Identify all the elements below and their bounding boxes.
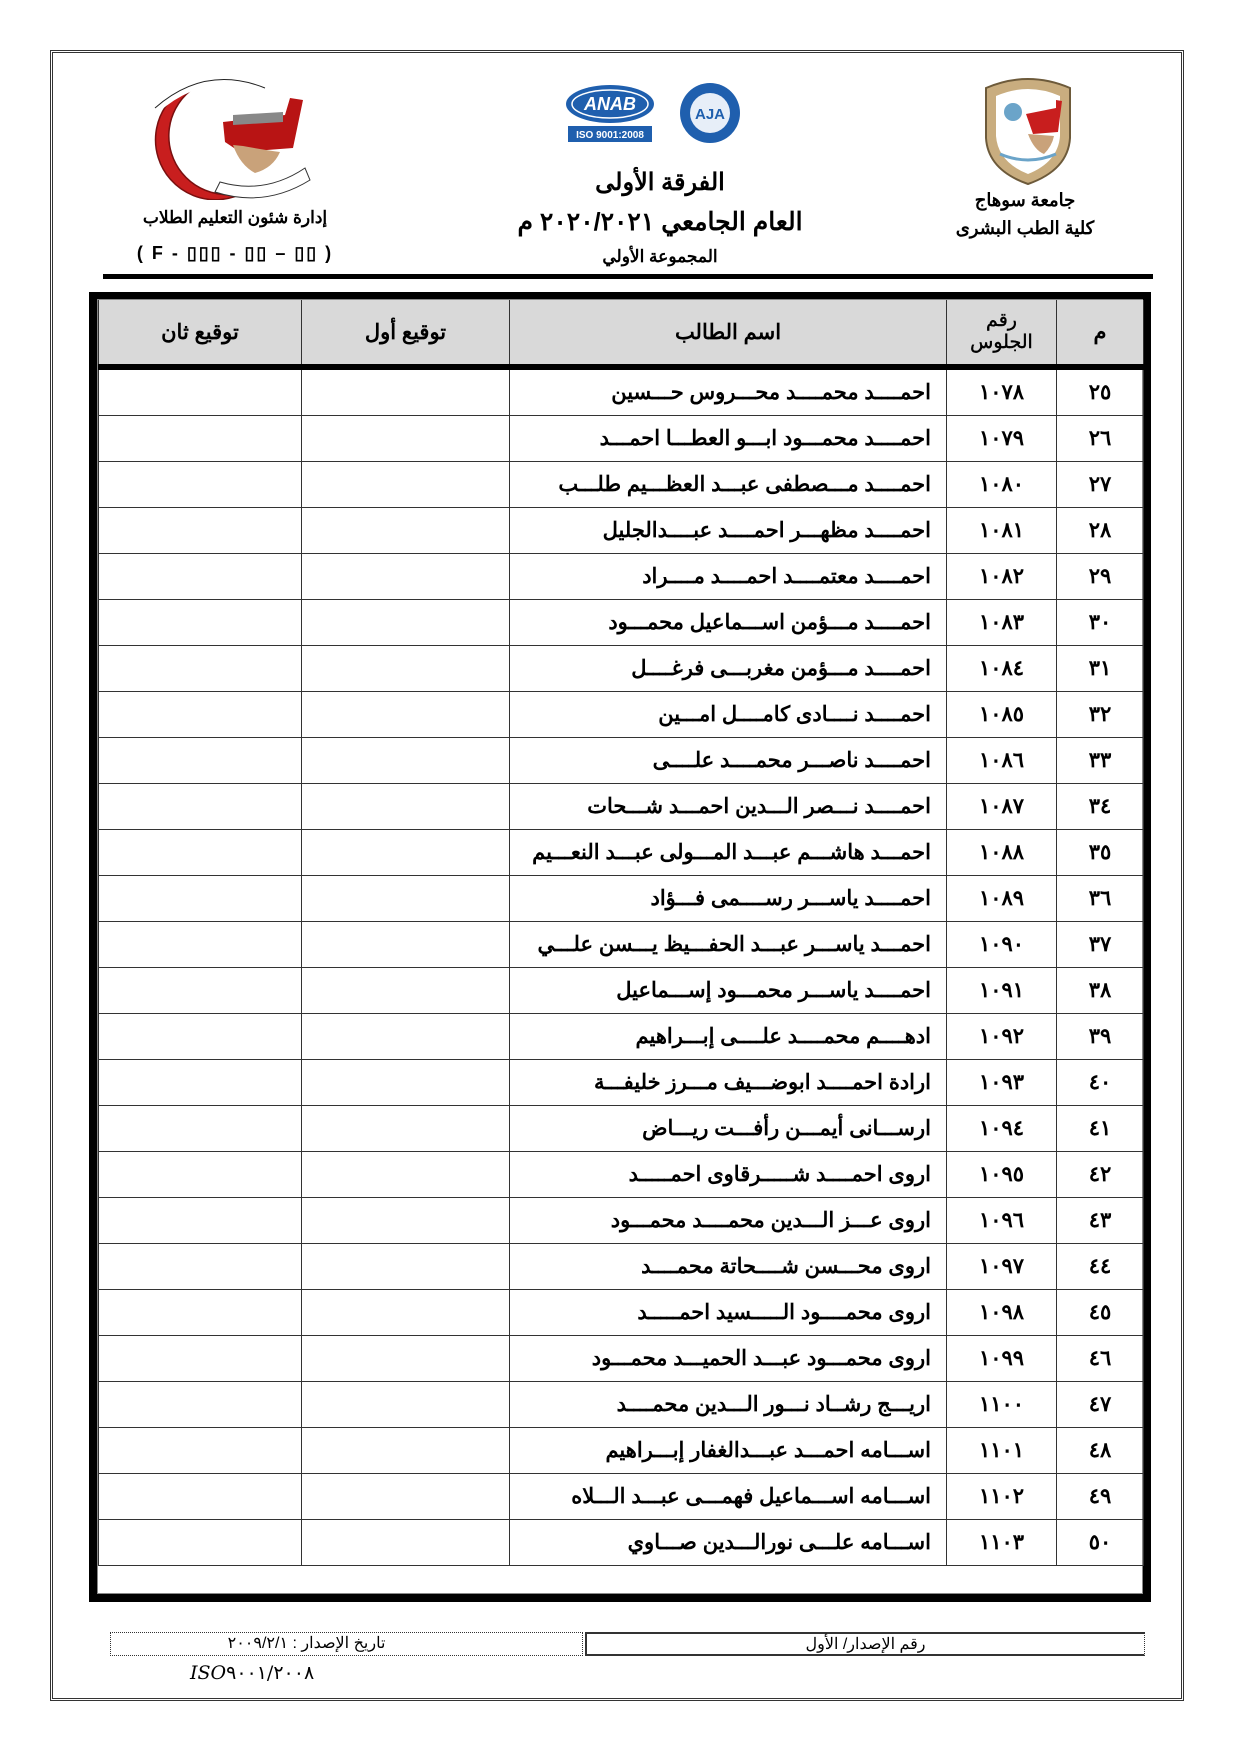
table-row: ٤٣١٠٩٦اروى عـــز الـــدين محمــــد محمــ… [99,1198,1144,1244]
seat-number: ١٠٨٩ [947,876,1057,922]
second-signature-cell[interactable] [99,830,302,876]
first-signature-cell[interactable] [302,1152,510,1198]
table-row: ٢٦١٠٧٩احمــــد محمـــود ابـــو العطـــا … [99,416,1144,462]
seat-header-line2: الجلوس [947,332,1056,354]
first-signature-cell[interactable] [302,968,510,1014]
row-index: ٤٧ [1057,1382,1144,1428]
first-signature-cell[interactable] [302,1106,510,1152]
seat-number: ١٠٨٦ [947,738,1057,784]
row-index: ٣٩ [1057,1014,1144,1060]
second-signature-cell[interactable] [99,1060,302,1106]
iso-value: ٩٠٠١/٢٠٠٨ [226,1662,314,1684]
roster-table-frame: م رقم الجلوس اسم الطالب توقيع أول توقيع … [89,292,1151,1602]
anab-logo-icon: ANAB ISO 9001:2008 [566,85,654,142]
row-index: ٤٣ [1057,1198,1144,1244]
table-row: ٣١١٠٨٤احمــــد مـــؤمن مغربـــى فرغــــل [99,646,1144,692]
second-signature-cell[interactable] [99,1014,302,1060]
row-index: ٣٣ [1057,738,1144,784]
student-name: احمــــد مـــؤمن اســـماعيل محمـــود [510,600,947,646]
student-name: احمــــد محمــــد محـــروس حـــسين [510,367,947,416]
row-index: ٢٧ [1057,462,1144,508]
first-signature-cell[interactable] [302,1244,510,1290]
first-signature-cell[interactable] [302,830,510,876]
student-name: احمــــد مـــصطفى عبـــد العظـــيم طلـــ… [510,462,947,508]
first-signature-cell[interactable] [302,416,510,462]
seat-number: ١٠٧٨ [947,367,1057,416]
student-name: احمــــد ياســـر رســــمى فـــؤاد [510,876,947,922]
seat-number: ١٠٩٤ [947,1106,1057,1152]
row-index: ٤٨ [1057,1428,1144,1474]
second-signature-cell[interactable] [99,1520,302,1566]
second-signature-cell[interactable] [99,1428,302,1474]
second-signature-cell[interactable] [99,1382,302,1428]
second-signature-cell[interactable] [99,968,302,1014]
issue-number-text: رقم الإصدار/ الأول [805,1636,925,1653]
first-signature-cell[interactable] [302,600,510,646]
student-name: احمــــد مظهـــر احمــــد عبــــدالجليل [510,508,947,554]
seat-number: ١٠٩٠ [947,922,1057,968]
first-signature-cell[interactable] [302,1428,510,1474]
certification-logos: ANAB ISO 9001:2008 AJA [560,78,760,158]
department-name: إدارة شئون التعليم الطلاب [120,208,350,228]
first-signature-cell[interactable] [302,922,510,968]
student-name: ارادة احمــــد ابوضـــيف مـــرز خليفـــة [510,1060,947,1106]
first-signature-cell[interactable] [302,1290,510,1336]
issue-date-label: تاريخ الإصدار : [293,1635,386,1652]
second-signature-cell[interactable] [99,1152,302,1198]
table-row: ٢٨١٠٨١احمــــد مظهـــر احمــــد عبــــدا… [99,508,1144,554]
seat-number: ١٠٨٢ [947,554,1057,600]
first-signature-cell[interactable] [302,784,510,830]
row-index: ٤٠ [1057,1060,1144,1106]
row-index: ٢٩ [1057,554,1144,600]
first-signature-cell[interactable] [302,1198,510,1244]
seat-number: ١٠٨٤ [947,646,1057,692]
second-signature-cell[interactable] [99,1336,302,1382]
table-row: ٤٦١٠٩٩اروى محمـــود عبـــد الحميـــد محم… [99,1336,1144,1382]
level-title: الفرقة الأولى [420,168,900,197]
table-row: ٢٧١٠٨٠احمــــد مـــصطفى عبـــد العظـــيم… [99,462,1144,508]
table-row: ٤٩١١٠٢اســـامه اســـماعيل فهمـــى عبـــد… [99,1474,1144,1520]
seat-number: ١٠٩٨ [947,1290,1057,1336]
table-row: ٣٠١٠٨٣احمــــد مـــؤمن اســـماعيل محمـــ… [99,600,1144,646]
faculty-of-medicine-logo [115,70,315,200]
second-signature-cell[interactable] [99,554,302,600]
second-signature-cell[interactable] [99,646,302,692]
seat-number: ١٠٨٨ [947,830,1057,876]
table-row: ٤١١٠٩٤ارســـانى أيمـــن رأفـــت ريـــاض [99,1106,1144,1152]
table-row: ٤٥١٠٩٨اروى محمــــود الـــــسيد احمـــــ… [99,1290,1144,1336]
row-index: ٣١ [1057,646,1144,692]
first-signature-cell[interactable] [302,1474,510,1520]
second-signature-cell[interactable] [99,600,302,646]
row-index: ٣٦ [1057,876,1144,922]
first-signature-cell[interactable] [302,367,510,416]
table-row: ٣٩١٠٩٢ادهــــم محمــــد علــــى إبـــراه… [99,1014,1144,1060]
table-row: ٤٢١٠٩٥اروى احمــــد شـــــرقاوى احمـــــ… [99,1152,1144,1198]
second-signature-cell[interactable] [99,508,302,554]
table-row: ٤٤١٠٩٧اروى محـــسن شــــحاتة محمــــد [99,1244,1144,1290]
student-name: اروى عـــز الـــدين محمــــد محمـــود [510,1198,947,1244]
column-header-student-name: اسم الطالب [510,300,947,367]
first-signature-cell[interactable] [302,554,510,600]
row-index: ٤٥ [1057,1290,1144,1336]
student-name: اســـامه احمـــد عبـــدالغفار إبـــراهيم [510,1428,947,1474]
row-index: ٣٥ [1057,830,1144,876]
second-signature-cell[interactable] [99,462,302,508]
second-signature-cell[interactable] [99,1198,302,1244]
table-row: ٢٥١٠٧٨احمــــد محمــــد محـــروس حـــسين [99,367,1144,416]
seat-number: ١١٠٢ [947,1474,1057,1520]
student-name: اريـــج رشــاد نـــور الـــدين محمــــد [510,1382,947,1428]
second-signature-cell[interactable] [99,416,302,462]
seat-number: ١١٠٣ [947,1520,1057,1566]
table-header-row: م رقم الجلوس اسم الطالب توقيع أول توقيع … [99,300,1144,367]
table-row: ٣٧١٠٩٠احمـــد ياســـر عبـــد الحفـــيظ ي… [99,922,1144,968]
row-index: ٤٦ [1057,1336,1144,1382]
seat-number: ١٠٩٥ [947,1152,1057,1198]
table-row: ٣٦١٠٨٩احمــــد ياســـر رســــمى فـــؤاد [99,876,1144,922]
student-name: اروى محمــــود الـــــسيد احمـــــد [510,1290,947,1336]
table-row: ٣٣١٠٨٦احمــــد ناصـــر محمــــد علــــى [99,738,1144,784]
table-row: ٤٠١٠٩٣ارادة احمــــد ابوضـــيف مـــرز خل… [99,1060,1144,1106]
seat-number: ١٠٩٣ [947,1060,1057,1106]
student-name: ارســـانى أيمـــن رأفـــت ريـــاض [510,1106,947,1152]
row-index: ٣٤ [1057,784,1144,830]
table-row: ٤٧١١٠٠اريـــج رشــاد نـــور الـــدين محم… [99,1382,1144,1428]
seat-number: ١٠٩٩ [947,1336,1057,1382]
student-roster-table: م رقم الجلوس اسم الطالب توقيع أول توقيع … [98,300,1144,1566]
table-row: ٣٤١٠٨٧احمــــد نـــصر الـــدين احمـــد ش… [99,784,1144,830]
first-signature-cell[interactable] [302,1060,510,1106]
issue-date: تاريخ الإصدار : ٢٠٠٩/٢/١ [110,1632,583,1656]
first-signature-cell[interactable] [302,1520,510,1566]
group-title: المجموعة الأولي [420,247,900,267]
student-name: اســـامه اســـماعيل فهمـــى عبـــد الـــ… [510,1474,947,1520]
first-signature-cell[interactable] [302,1336,510,1382]
second-signature-cell[interactable] [99,738,302,784]
student-name: احمــــد ناصـــر محمــــد علــــى [510,738,947,784]
table-row: ٣٥١٠٨٨احمـــد هاشـــم عبـــد المـــولى ع… [99,830,1144,876]
row-index: ٣٧ [1057,922,1144,968]
sohag-university-logo [978,74,1078,186]
student-name: احمــــد نـــصر الـــدين احمـــد شـــحات [510,784,947,830]
faculty-name: كلية الطب البشرى [940,218,1110,239]
row-index: ٥٠ [1057,1520,1144,1566]
seat-number: ١٠٨٥ [947,692,1057,738]
student-name: اروى محـــسن شــــحاتة محمــــد [510,1244,947,1290]
second-signature-cell[interactable] [99,1244,302,1290]
column-header-first-signature: توقيع أول [302,300,510,367]
second-signature-cell[interactable] [99,1474,302,1520]
row-index: ٣٨ [1057,968,1144,1014]
row-index: ٢٨ [1057,508,1144,554]
row-index: ٤٩ [1057,1474,1144,1520]
row-index: ٣٠ [1057,600,1144,646]
student-name: احمــــد محمـــود ابـــو العطـــا احمـــ… [510,416,947,462]
second-signature-cell[interactable] [99,692,302,738]
first-signature-cell[interactable] [302,738,510,784]
student-name: احمــــد ياســـر محمـــود إســـماعيل [510,968,947,1014]
first-signature-cell[interactable] [302,462,510,508]
row-index: ٢٥ [1057,367,1144,416]
row-index: ٤١ [1057,1106,1144,1152]
table-row: ٢٩١٠٨٢احمــــد معتمــــد احمــــد مــــر… [99,554,1144,600]
column-header-seat-number: رقم الجلوس [947,300,1057,367]
iso-prefix: ISO [190,1662,226,1684]
svg-text:ISO 9001:2008: ISO 9001:2008 [576,130,644,141]
seat-number: ١٠٩٧ [947,1244,1057,1290]
seat-number: ١٠٧٩ [947,416,1057,462]
issue-date-value: ٢٠٠٩/٢/١ [228,1635,288,1652]
svg-text:AJA: AJA [695,106,725,123]
svg-text:ANAB: ANAB [583,94,636,114]
student-name: اروى احمــــد شـــــرقاوى احمـــــد [510,1152,947,1198]
first-signature-cell[interactable] [302,876,510,922]
iso-standard: ISO٩٠٠١/٢٠٠٨ [190,1662,314,1684]
seat-number: ١٠٨٠ [947,462,1057,508]
first-signature-cell[interactable] [302,1382,510,1428]
seat-number: ١٠٨٧ [947,784,1057,830]
form-code: ( F - ▯▯▯ - ▯▯ – ▯▯ ) [120,243,350,264]
table-row: ٤٨١١٠١اســـامه احمـــد عبـــدالغفار إبــ… [99,1428,1144,1474]
student-name: احمــــد مـــؤمن مغربـــى فرغــــل [510,646,947,692]
second-signature-cell[interactable] [99,876,302,922]
first-signature-cell[interactable] [302,692,510,738]
second-signature-cell[interactable] [99,1106,302,1152]
seat-number: ١١٠١ [947,1428,1057,1474]
row-index: ٤٤ [1057,1244,1144,1290]
seat-number: ١٠٨١ [947,508,1057,554]
issue-date-text: تاريخ الإصدار : ٢٠٠٩/٢/١ [228,1635,386,1652]
academic-year-title: العام الجامعي ٢٠٢٠/٢٠٢١ م [420,207,900,237]
second-signature-cell[interactable] [99,367,302,416]
seat-number: ١٠٨٣ [947,600,1057,646]
second-signature-cell[interactable] [99,784,302,830]
row-index: ٣٢ [1057,692,1144,738]
row-index: ٤٢ [1057,1152,1144,1198]
student-name: احمــــد نــــادى كامــــل امـــين [510,692,947,738]
student-name: احمــــد معتمــــد احمــــد مــــراد [510,554,947,600]
aja-logo-icon: AJA [680,83,740,143]
student-name: ادهــــم محمــــد علــــى إبـــراهيم [510,1014,947,1060]
first-signature-cell[interactable] [302,1014,510,1060]
second-signature-cell[interactable] [99,1290,302,1336]
table-row: ٥٠١١٠٣اســـامه علـــى نورالـــدين صـــاو… [99,1520,1144,1566]
seat-number: ١٠٩١ [947,968,1057,1014]
seat-number: ١٠٩٦ [947,1198,1057,1244]
university-name: جامعة سوهاج [940,190,1110,211]
first-signature-cell[interactable] [302,646,510,692]
header-divider [103,274,1153,279]
student-name: احمـــد هاشـــم عبـــد المـــولى عبـــد … [510,830,947,876]
table-row: ٣٢١٠٨٥احمــــد نــــادى كامــــل امـــين [99,692,1144,738]
student-name: اســـامه علـــى نورالـــدين صـــاوي [510,1520,947,1566]
issue-number: رقم الإصدار/ الأول [585,1632,1145,1656]
seat-number: ١٠٩٢ [947,1014,1057,1060]
row-index: ٢٦ [1057,416,1144,462]
seat-number: ١١٠٠ [947,1382,1057,1428]
column-header-index: م [1057,300,1144,367]
table-row: ٣٨١٠٩١احمــــد ياســـر محمـــود إســـماع… [99,968,1144,1014]
first-signature-cell[interactable] [302,508,510,554]
seat-header-line1: رقم [947,310,1056,332]
column-header-second-signature: توقيع ثان [99,300,302,367]
second-signature-cell[interactable] [99,922,302,968]
student-name: اروى محمـــود عبـــد الحميـــد محمـــود [510,1336,947,1382]
student-name: احمـــد ياســـر عبـــد الحفـــيظ يـــسن … [510,922,947,968]
